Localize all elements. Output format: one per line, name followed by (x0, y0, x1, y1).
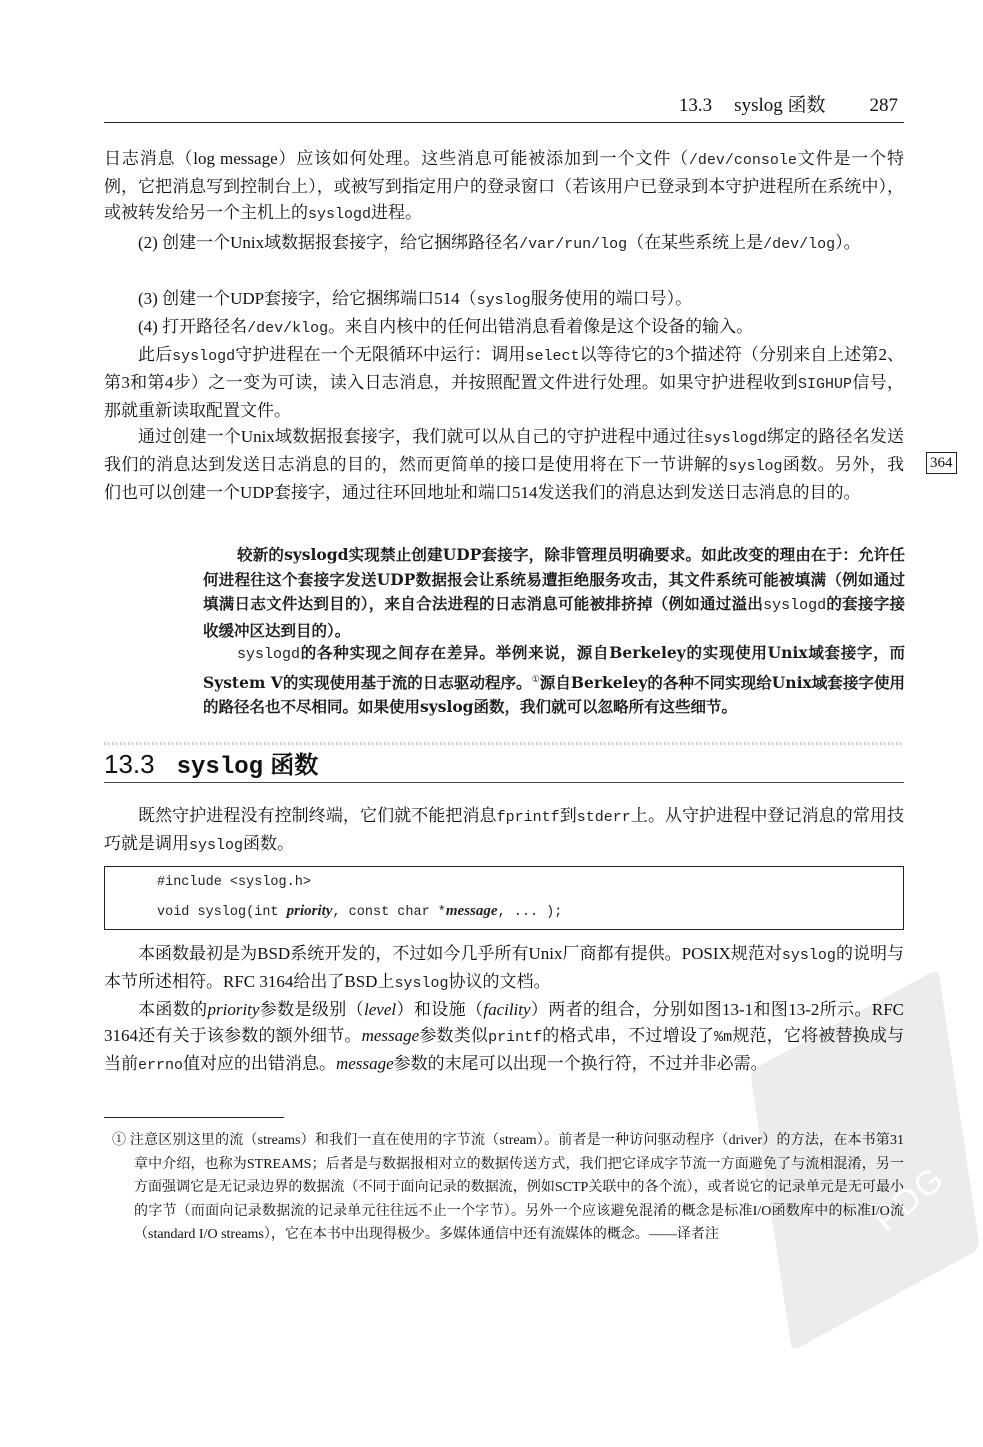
text: 协议的文档。 (448, 972, 550, 991)
code-term: SIGHUP (798, 376, 852, 393)
paragraph-syslogd-loop: 此后syslogd守护进程在一个无限循环中运行：调用select以等待它的3个描… (104, 342, 904, 424)
text: 的格式串，不过增设了 (542, 1026, 714, 1045)
footnote-marker[interactable]: ① (532, 675, 540, 685)
code-term: syslog (189, 837, 243, 854)
note-udp-socket: 较新的syslogd实现禁止创建UDP套接字，除非管理员明确要求。如此改变的理由… (203, 543, 905, 643)
footnote: ① 注意区别这里的流（streams）和我们一直在使用的字节流（stream）。… (104, 1129, 904, 1247)
footnote-marker: ① (112, 1133, 126, 1148)
header-section-number: 13.3 (679, 92, 712, 120)
text: 参数类似 (419, 1026, 488, 1045)
code-path: /dev/log (763, 236, 835, 253)
running-header: 13.3syslog 函数287 (104, 92, 904, 123)
text: （在某些系统上是 (627, 233, 763, 252)
code-term: syslogd (704, 430, 767, 447)
code-term: syslog (394, 975, 448, 992)
text: 参数的末尾可以出现一个换行符，不过并非必需。 (394, 1054, 768, 1073)
paragraph-step-3: (3) 创建一个UDP套接字，给它捆绑端口514（syslog服务使用的端口号）… (104, 286, 904, 314)
text: (2) 创建一个Unix域数据报套接字，给它捆绑路径名 (138, 233, 519, 252)
text: ）。 (835, 233, 861, 252)
text: (3) 创建一个UDP套接字，给它捆绑端口514（ (138, 289, 477, 308)
text: ）和设施（ (396, 1000, 483, 1019)
note-implementations: syslogd的各种实现之间存在差异。举例来说，源自Berkeley的实现使用U… (203, 641, 905, 720)
paragraph-log-handling: 日志消息（log message）应该如何处理。这些消息可能被添加到一个文件（/… (104, 146, 904, 228)
text: 通过创建一个Unix域数据报套接字，我们就可以从自己的守护进程中通过往 (138, 427, 704, 446)
section-function-name: syslog (177, 754, 263, 781)
code-text: , ... ); (498, 905, 563, 920)
code-term: syslogd (172, 348, 235, 365)
text: 值对应的出错消息。 (183, 1054, 336, 1073)
code-term: syslog (782, 947, 836, 964)
text: 函数。 (243, 834, 294, 853)
header-section-title: syslog 函数 (734, 92, 825, 120)
paragraph-step-2: (2) 创建一个Unix域数据报套接字，给它捆绑路径名/var/run/log（… (104, 230, 904, 258)
code-term: select (526, 348, 580, 365)
code-path: /dev/console (689, 152, 797, 169)
code-term: stderr (577, 809, 631, 826)
text: 本函数的 (138, 1000, 207, 1019)
term-italic: facility (483, 1000, 530, 1019)
text: 进程。 (371, 203, 422, 222)
code-text: void syslog(int (157, 905, 287, 920)
text: 。来自内核中的任何出错消息看着像是这个设备的输入。 (328, 317, 753, 336)
code-term: fprintf (497, 809, 560, 826)
code-term: errno (138, 1057, 183, 1074)
footnote-rule (104, 1117, 284, 1118)
text: 既然守护进程没有控制终端，它们就不能把消息 (138, 806, 497, 825)
text: 守护进程在一个无限循环中运行：调用 (235, 345, 525, 364)
code-term: syslog (729, 458, 783, 475)
header-page-number: 287 (870, 92, 899, 120)
section-number: 13.3 (104, 749, 155, 779)
code-include-line: #include <syslog.h> (157, 875, 311, 890)
paragraph-priority-arg: 本函数的priority参数是级别（level）和设施（facility）两者的… (104, 997, 904, 1079)
param-priority: priority (287, 903, 333, 919)
term-italic: priority (207, 1000, 259, 1019)
code-path: /var/run/log (519, 236, 627, 253)
text: 本函数最初是为BSD系统开发的，不过如今几乎所有Unix厂商都有提供。POSIX… (138, 944, 782, 963)
paragraph-step-4: (4) 打开路径名/dev/klog。来自内核中的任何出错消息看着像是这个设备的… (104, 314, 904, 342)
text: 此后 (138, 345, 172, 364)
code-path: /dev/klog (247, 320, 328, 337)
code-text: , const char * (332, 905, 445, 920)
text: 到 (560, 806, 577, 825)
paragraph-unix-domain: 通过创建一个Unix域数据报套接字，我们就可以从自己的守护进程中通过往syslo… (104, 424, 904, 506)
param-message: message (446, 903, 498, 919)
paragraph-intro-syslog: 既然守护进程没有控制终端，它们就不能把消息fprintf到stderr上。从守护… (104, 803, 904, 859)
term-italic: message (336, 1054, 394, 1073)
section-heading: 13.3syslog 函数 (104, 748, 904, 783)
text: 参数是级别（ (259, 1000, 364, 1019)
text: 日志消息（log message）应该如何处理。这些消息可能被添加到一个文件（ (104, 149, 689, 168)
margin-page-reference: 364 (926, 452, 957, 474)
term-italic: message (362, 1026, 420, 1045)
code-term: syslogd (308, 206, 371, 223)
footnote-text: 注意区别这里的流（streams）和我们一直在使用的字节流（stream）。前者… (130, 1133, 904, 1242)
code-term: %m (714, 1029, 732, 1046)
scan-speckle-rule (104, 742, 904, 745)
paragraph-bsd-origin: 本函数最初是为BSD系统开发的，不过如今几乎所有Unix厂商都有提供。POSIX… (104, 941, 904, 997)
code-term: printf (488, 1029, 542, 1046)
text: 服务使用的端口号）。 (531, 289, 693, 308)
code-term: syslogd (237, 646, 300, 663)
term-italic: level (364, 1000, 396, 1019)
text: (4) 打开路径名 (138, 317, 247, 336)
code-term: syslog (477, 292, 531, 309)
code-term: syslogd (763, 597, 826, 614)
function-prototype-box: #include <syslog.h> void syslog(int prio… (104, 866, 904, 930)
section-title-cn: 函数 (270, 752, 318, 779)
code-prototype-line: void syslog(int priority, const char *me… (157, 903, 562, 920)
